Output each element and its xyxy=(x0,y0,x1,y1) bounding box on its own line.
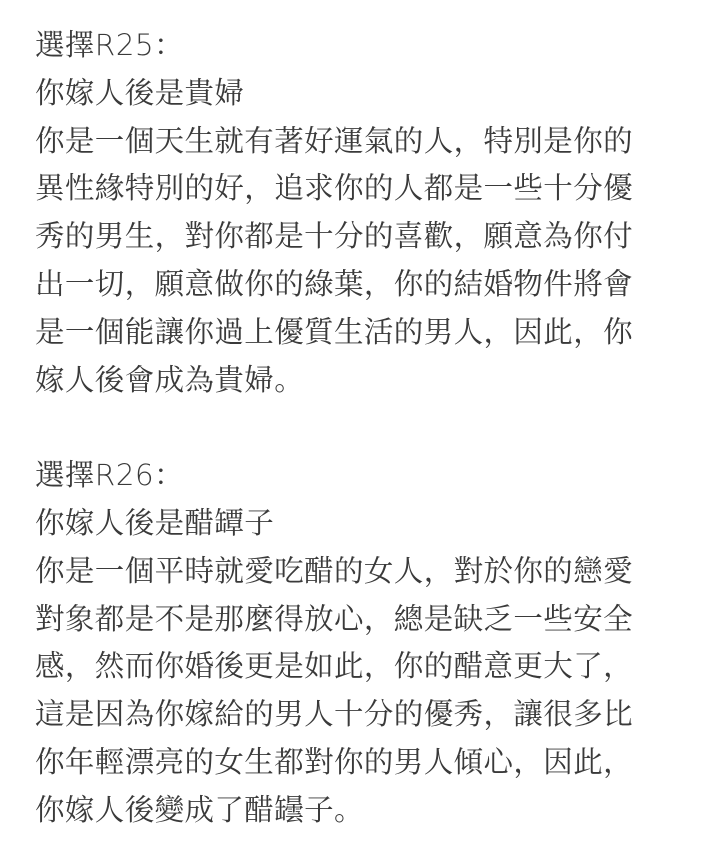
section-spacer xyxy=(35,404,695,452)
paragraph-line: 嫁人後會成為貴婦。 xyxy=(35,357,695,405)
article-body: 選擇R25： 你嫁人後是貴婦 你是一個天生就有著好運氣的人，特別是你的 異性緣特… xyxy=(35,22,695,835)
paragraph-line: 異性緣特別的好，追求你的人都是一些十分優 xyxy=(35,165,695,213)
paragraph-line: 是一個能讓你過上優質生活的男人，因此，你 xyxy=(35,309,695,357)
section-heading: 選擇R25： xyxy=(35,22,695,70)
paragraph-line: 出一切，願意做你的綠葉，你的結婚物件將會 xyxy=(35,261,695,309)
section-heading: 選擇R26： xyxy=(35,452,695,500)
paragraph-line: 感，然而你婚後更是如此，你的醋意更大了， xyxy=(35,643,695,691)
section-title: 你嫁人後是貴婦 xyxy=(35,70,695,118)
result-section-r25: 選擇R25： 你嫁人後是貴婦 你是一個天生就有著好運氣的人，特別是你的 異性緣特… xyxy=(35,22,695,404)
paragraph-line: 你是一個平時就愛吃醋的女人，對於你的戀愛 xyxy=(35,548,695,596)
paragraph-line: 秀的男生，對你都是十分的喜歡，願意為你付 xyxy=(35,213,695,261)
paragraph-line: 你年輕漂亮的女生都對你的男人傾心，因此， xyxy=(35,739,695,787)
result-section-r26: 選擇R26： 你嫁人後是醋罈子 你是一個平時就愛吃醋的女人，對於你的戀愛 對象都… xyxy=(35,452,695,834)
paragraph-line: 對象都是不是那麼得放心，總是缺乏一些安全 xyxy=(35,596,695,644)
paragraph-line: 你嫁人後變成了醋罎子。 xyxy=(35,787,695,835)
paragraph-line: 這是因為你嫁給的男人十分的優秀，讓很多比 xyxy=(35,691,695,739)
section-title: 你嫁人後是醋罈子 xyxy=(35,500,695,548)
paragraph-line: 你是一個天生就有著好運氣的人，特別是你的 xyxy=(35,118,695,166)
